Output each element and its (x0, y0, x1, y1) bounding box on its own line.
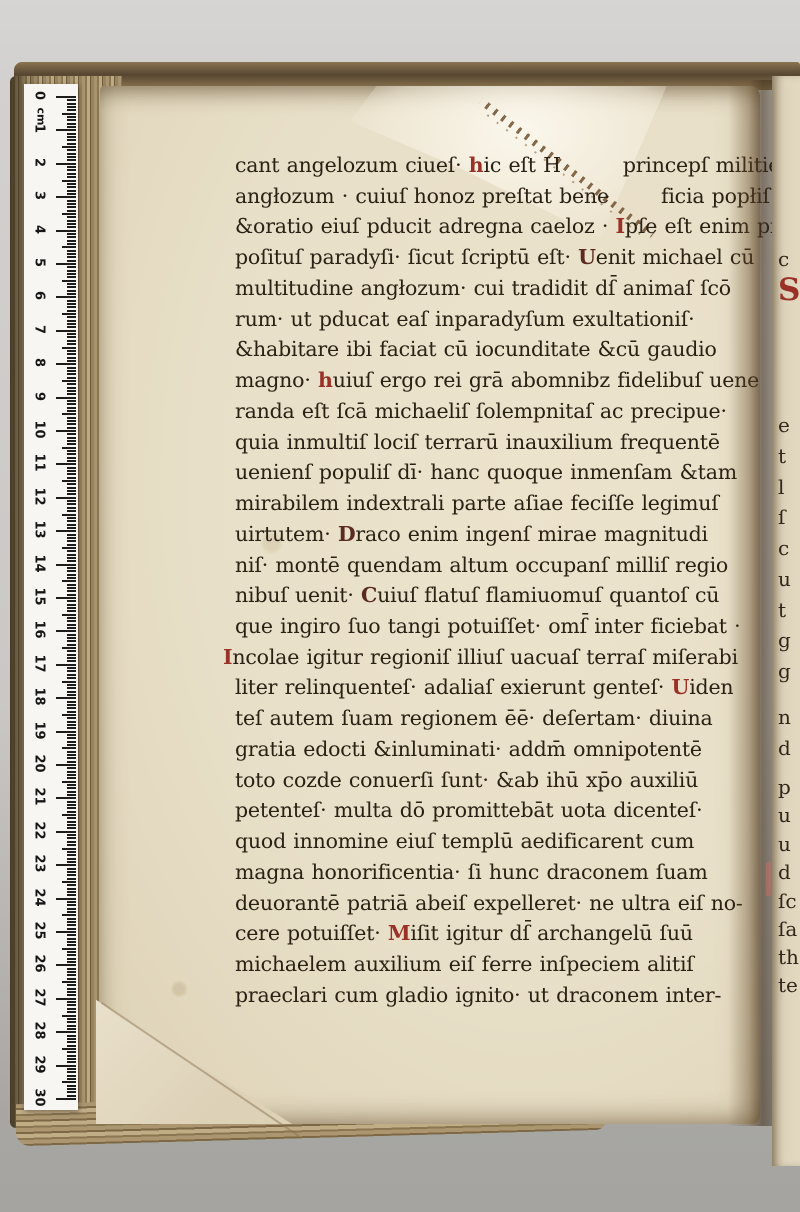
ruler-tick (67, 837, 76, 839)
ruler-tick (67, 961, 76, 963)
ruler-tick (67, 1001, 76, 1003)
ruler-tick (67, 293, 76, 295)
ruler-tick (62, 614, 76, 616)
ruler-tick (62, 313, 76, 315)
ruler-tick (67, 744, 76, 746)
ruler-tick (67, 250, 76, 252)
ruler-tick (67, 253, 76, 255)
ruler-unit-label: cm (34, 108, 47, 126)
text-line: Incolae igitur regioniſ illiuſ uacuaſ te… (223, 642, 755, 673)
ruler-tick (67, 584, 76, 586)
ruler-tick (67, 133, 76, 135)
ruler-tick (67, 941, 76, 943)
text-segment: uenienſ populiſ dī· hanc quoque inmenſam… (235, 460, 737, 484)
red-margin-mark (766, 862, 771, 896)
ruler-tick (67, 1058, 76, 1060)
ruler-number: 26 (32, 955, 47, 973)
ruler-tick (67, 911, 76, 913)
ruler-tick (67, 500, 76, 502)
ruler-tick (67, 921, 76, 923)
ruler-tick (67, 240, 76, 242)
text-segment: toto cozde conuerſi ſunt· &ab ihū xp̄o a… (235, 768, 698, 792)
ruler-tick (67, 503, 76, 505)
ruler-tick (67, 908, 76, 910)
facing-page-fragment: l (778, 475, 784, 499)
gutter-shadow (728, 80, 774, 1126)
facing-page-fragment: c (778, 247, 789, 271)
ruler-tick (67, 1095, 76, 1097)
text-segment: nibuſ uenit· (235, 583, 361, 607)
facing-page-fragment: p (778, 775, 791, 799)
ruler-tick (67, 467, 76, 469)
ruler-tick (67, 727, 76, 729)
ruler-tick (67, 1075, 76, 1077)
text-line: petenteſ· multa dō promittebāt uota dice… (235, 795, 755, 826)
facing-page-fragment: d (778, 736, 791, 760)
ruler-number: 22 (32, 821, 47, 839)
ruler-tick (67, 370, 76, 372)
ruler-tick (67, 978, 76, 980)
text-line: &oratio eiuſ pducit adregna caeloz · Ipſ… (235, 211, 755, 242)
text-segment: &habitare ibi faciat cū iocunditate &cū … (235, 337, 717, 361)
facing-page-fragment: ſc (778, 889, 797, 913)
ruler-tick (56, 129, 76, 131)
ruler-tick (67, 326, 76, 328)
facing-page-fragment: n (778, 705, 791, 729)
facing-page-sliver: Scetlſcutggndpuudſcſathte (772, 76, 800, 1166)
text-segment: rum· ut pducat eaſ inparadyſum exultatio… (235, 307, 694, 331)
text-segment: C (361, 583, 377, 607)
rubric-initial: I (223, 645, 232, 669)
ruler-tick (56, 864, 76, 866)
facing-page-fragment: u (778, 832, 791, 856)
ruler-number: 10 (32, 421, 47, 439)
ruler-tick (67, 1028, 76, 1030)
ruler-tick (67, 534, 76, 536)
ruler-tick (67, 166, 76, 168)
facing-page-fragment: e (778, 413, 790, 437)
ruler-tick (67, 704, 76, 706)
facing-page-fragment: g (778, 659, 791, 683)
ruler-tick (67, 600, 76, 602)
text-segment: niſ· montē quendam altum occupanſ milliſ… (235, 553, 728, 577)
ruler-tick (67, 594, 76, 596)
text-segment: U (578, 245, 596, 269)
ruler-number: 30 (32, 1089, 47, 1107)
ruler-tick (67, 460, 76, 462)
ruler-tick (67, 306, 76, 308)
ruler-tick (62, 714, 76, 716)
text-segment: ncolae igitur regioniſ illiuſ uacuaſ ter… (232, 645, 738, 669)
ruler-tick (62, 881, 76, 883)
ruler-number: 25 (32, 922, 47, 940)
ruler-tick (67, 707, 76, 709)
ruler-tick (67, 1035, 76, 1037)
ruler-tick (67, 393, 76, 395)
ruler-tick (67, 1071, 76, 1073)
text-segment: magna honorificentia· ſi hunc draconem ſ… (235, 860, 708, 884)
text-line: gratia edocti &inluminati· addm̄ omnipot… (235, 734, 755, 765)
ruler-tick (67, 674, 76, 676)
ruler-tick (67, 868, 76, 870)
ruler-tick (67, 333, 76, 335)
ruler-tick (67, 801, 76, 803)
text-segment: cere potuiſſet· (235, 921, 388, 945)
ruler-tick (67, 377, 76, 379)
ruler-number: 15 (32, 588, 47, 606)
ruler-tick (67, 183, 76, 185)
ruler-tick (67, 143, 76, 145)
ruler-tick (67, 200, 76, 202)
ruler-tick (67, 139, 76, 141)
ruler-tick (67, 924, 76, 926)
text-segment: uiuſ flatuſ flamiuomuſ quantoſ cū (377, 583, 719, 607)
ruler-tick (67, 223, 76, 225)
ruler-tick (67, 203, 76, 205)
ruler-tick (62, 1081, 76, 1083)
text-segment: iden (689, 675, 733, 699)
ruler-tick (67, 694, 76, 696)
text-line: toto cozde conuerſi ſunt· &ab ihū xp̄o a… (235, 765, 755, 796)
ruler-tick (56, 330, 76, 332)
ruler-tick (67, 687, 76, 689)
ruler-tick (67, 670, 76, 672)
ruler-tick (67, 136, 76, 138)
ruler-tick (67, 387, 76, 389)
ruler-tick (67, 951, 76, 953)
ruler-tick (62, 280, 76, 282)
text-line: rum· ut pducat eaſ inparadyſum exultatio… (235, 304, 755, 335)
ruler-tick (67, 761, 76, 763)
ruler-tick (56, 1098, 76, 1100)
facing-page-fragment: c (778, 536, 789, 560)
ruler-tick (67, 607, 76, 609)
ruler-tick (56, 630, 76, 632)
ruler-tick (67, 517, 76, 519)
text-segment: teſ autem ſuam regionem ēē· deſertam· di… (235, 706, 713, 730)
ruler-tick (67, 918, 76, 920)
ruler-tick (62, 981, 76, 983)
ruler-tick (67, 176, 76, 178)
ruler-tick (67, 99, 76, 101)
ruler-tick (67, 383, 76, 385)
ruler-tick (67, 300, 76, 302)
ruler-tick (67, 487, 76, 489)
ruler-tick (56, 764, 76, 766)
ruler-tick (67, 634, 76, 636)
ruler-tick (62, 781, 76, 783)
ruler-tick (62, 914, 76, 916)
ruler-tick (67, 587, 76, 589)
ruler-tick (67, 994, 76, 996)
ruler-number: 14 (32, 554, 47, 572)
text-segment: raco enim ingenſ mirae magnitudi (355, 522, 707, 546)
ruler-tick (67, 407, 76, 409)
ruler-tick (62, 180, 76, 182)
ruler-tick (67, 156, 76, 158)
facing-page-fragment: ſa (778, 917, 797, 941)
text-segment: que ingiro ſuo tangi potuiſſet· omſ̄ int… (235, 614, 740, 638)
ruler-tick (67, 968, 76, 970)
ruler-tick (67, 804, 76, 806)
ruler-tick (67, 350, 76, 352)
ruler-tick (67, 357, 76, 359)
ruler-tick (67, 878, 76, 880)
ruler-tick (67, 233, 76, 235)
text-segment: &oratio eiuſ pducit adregna caeloz · (235, 214, 616, 238)
ruler-tick (67, 620, 76, 622)
damage-gap (609, 202, 661, 203)
text-segment: gratia edocti &inluminati· addm̄ omnipot… (235, 737, 702, 761)
ruler-tick (67, 400, 76, 402)
ruler-tick (62, 246, 76, 248)
text-segment: quod innomine eiuſ templū aedificarent c… (235, 829, 694, 853)
ruler-tick (67, 1055, 76, 1057)
ruler-tick (56, 230, 76, 232)
ruler-tick (67, 904, 76, 906)
text-line: randa eſt ſcā michaeliſ ſolempnitaſ ac p… (235, 396, 755, 427)
ruler-tick (67, 684, 76, 686)
ruler-tick (67, 894, 76, 896)
ruler-tick (56, 697, 76, 699)
text-line: michaelem auxilium eiſ ferre inſpeciem a… (235, 949, 755, 980)
ruler-tick (67, 149, 76, 151)
ruler-tick (67, 650, 76, 652)
ruler-tick (67, 1008, 76, 1010)
ruler-tick (67, 1038, 76, 1040)
ruler-tick (67, 303, 76, 305)
ruler-tick (67, 316, 76, 318)
ruler-number: 27 (32, 988, 47, 1006)
ruler-tick (67, 1045, 76, 1047)
ruler-number: 20 (32, 755, 47, 773)
ruler-tick (67, 169, 76, 171)
ruler-tick (67, 711, 76, 713)
ruler-tick (56, 530, 76, 532)
ruler-tick (56, 463, 76, 465)
ruler-tick (62, 547, 76, 549)
ruler-tick (67, 159, 76, 161)
ruler-tick (67, 570, 76, 572)
ruler-tick (67, 734, 76, 736)
text-block: cant angelozum ciueſ· hic eſt Hprincepſ … (235, 150, 755, 1011)
ruler-tick (56, 96, 76, 98)
ruler-tick (67, 567, 76, 569)
ruler-tick (67, 624, 76, 626)
ruler-tick (62, 948, 76, 950)
ruler-tick (67, 507, 76, 509)
text-line: nibuſ uenit· Cuiuſ flatuſ flamiuomuſ qua… (235, 580, 755, 611)
ruler-tick (67, 544, 76, 546)
ruler-number: 8 (32, 354, 47, 372)
ruler-tick (67, 510, 76, 512)
ruler-number: 7 (32, 320, 47, 338)
ruler-tick (67, 550, 76, 552)
rubric-initial: I (616, 214, 625, 238)
facing-page-fragment: u (778, 567, 791, 591)
ruler-tick (67, 260, 76, 262)
ruler-tick (62, 814, 76, 816)
ruler-tick (67, 954, 76, 956)
ruler-tick (67, 433, 76, 435)
ruler-tick (67, 701, 76, 703)
ruler-tick (56, 363, 76, 365)
ruler-tick (67, 617, 76, 619)
text-segment: uiuſ ergo rei grā abomnibz fidelibuſ uen… (333, 368, 759, 392)
ruler-tick (56, 964, 76, 966)
ruler-tick (67, 844, 76, 846)
ruler-tick (67, 470, 76, 472)
ruler-tick (67, 771, 76, 773)
ruler-tick (67, 854, 76, 856)
ruler-tick (67, 858, 76, 860)
ruler-tick (67, 417, 76, 419)
ruler-number: 23 (32, 855, 47, 873)
text-segment: poſituſ paradyſi· ſicut ſcriptū eſt· (235, 245, 578, 269)
ruler-tick (67, 974, 76, 976)
ruler-tick (67, 410, 76, 412)
text-line: cere potuiſſet· Miſit igitur dſ̄ archang… (235, 918, 755, 949)
ruler-tick (67, 821, 76, 823)
ruler-tick (67, 453, 76, 455)
ruler-tick (67, 944, 76, 946)
text-line: niſ· montē quendam altum occupanſ milliſ… (235, 550, 755, 581)
text-segment: quia inmultiſ lociſ terrarū inauxilium f… (235, 430, 720, 454)
ruler-tick (56, 664, 76, 666)
text-line: magno· huiuſ ergo rei grā abomnibz fidel… (235, 365, 755, 396)
ruler-tick (67, 841, 76, 843)
ruler-number: 28 (32, 1022, 47, 1040)
ruler-tick (67, 891, 76, 893)
text-line: liter relinquenteſ· adaliaſ exierunt gen… (235, 672, 755, 703)
facing-page-fragment: g (778, 628, 791, 652)
ruler-tick (67, 988, 76, 990)
ruler-tick (67, 186, 76, 188)
ruler-tick (67, 256, 76, 258)
ruler-number: 18 (32, 688, 47, 706)
text-segment: ic eſt H (484, 153, 561, 177)
ruler-tick (67, 403, 76, 405)
ruler-tick (67, 824, 76, 826)
ruler-number: 3 (32, 187, 47, 205)
text-segment: multitudine angłozum· cui tradidit dſ̄ a… (235, 276, 731, 300)
ruler-tick (67, 216, 76, 218)
ruler-tick (62, 113, 76, 115)
ruler-tick (67, 767, 76, 769)
ruler-tick (67, 874, 76, 876)
text-line: multitudine angłozum· cui tradidit dſ̄ a… (235, 273, 755, 304)
ruler-tick (67, 310, 76, 312)
ruler-tick (56, 497, 76, 499)
ruler-tick (67, 367, 76, 369)
ruler-tick (67, 343, 76, 345)
ruler-number: 24 (32, 888, 47, 906)
text-line: quod innomine eiuſ templū aedificarent c… (235, 826, 755, 857)
ruler-number: 13 (32, 521, 47, 539)
ruler-tick (62, 580, 76, 582)
manuscript-page: cant angelozum ciueſ· hic eſt Hprincepſ … (100, 86, 760, 1124)
ruler-tick (67, 827, 76, 829)
text-segment: deuorantē patriā abeiſ expelleret· ne ul… (235, 891, 743, 915)
ruler-tick (62, 480, 76, 482)
ruler-tick (67, 273, 76, 275)
manuscript-photo: cant angelozum ciueſ· hic eſt Hprincepſ … (0, 0, 800, 1212)
ruler-tick (67, 1051, 76, 1053)
ruler-tick (67, 737, 76, 739)
rubric-initial: M (388, 921, 411, 945)
ruler-tick (67, 604, 76, 606)
ruler-tick (67, 440, 76, 442)
ruler-tick (67, 243, 76, 245)
ruler-tick (67, 971, 76, 973)
ruler-tick (56, 931, 76, 933)
ruler-tick (62, 1048, 76, 1050)
ruler-tick (62, 413, 76, 415)
ruler-tick (67, 811, 76, 813)
ruler-tick (67, 390, 76, 392)
ruler-tick (67, 984, 76, 986)
facing-page-fragment: th (778, 945, 799, 969)
text-line: cant angelozum ciueſ· hic eſt Hprincepſ … (235, 150, 755, 181)
ruler-tick (67, 1061, 76, 1063)
ruler-tick (62, 681, 76, 683)
ruler-tick (67, 577, 76, 579)
rubric-initial: h (469, 153, 484, 177)
facing-page-fragment: t (778, 598, 786, 622)
ruler-tick (67, 660, 76, 662)
text-line: angłozum · cuiuſ honoz preſtat beneficia… (235, 181, 755, 212)
ruler-tick (67, 266, 76, 268)
ruler-tick (67, 654, 76, 656)
text-line: magna honorificentia· ſi hunc draconem ſ… (235, 857, 755, 888)
ruler-tick (67, 557, 76, 559)
ruler-tick (67, 236, 76, 238)
ruler-tick (67, 290, 76, 292)
ruler-tick (67, 427, 76, 429)
ruler-tick (67, 637, 76, 639)
ruler-tick (67, 323, 76, 325)
ruler-tick (67, 336, 76, 338)
ruler-tick (67, 560, 76, 562)
ruler-tick (56, 263, 76, 265)
ruler-tick (67, 1091, 76, 1093)
facing-page-fragment: t (778, 444, 786, 468)
ruler-tick (67, 527, 76, 529)
ruler-tick (67, 610, 76, 612)
ruler-tick (67, 794, 76, 796)
ruler-tick (67, 888, 76, 890)
text-line: uirtutem· Draco enim ingenſ mirae magnit… (235, 519, 755, 550)
ruler-number: 12 (32, 487, 47, 505)
ruler-tick (67, 884, 76, 886)
ruler-tick (56, 731, 76, 733)
ruler-tick (67, 958, 76, 960)
ruler-tick (67, 834, 76, 836)
facing-page-fragment: ſ (778, 505, 785, 529)
ruler-tick (62, 1015, 76, 1017)
ruler-tick (62, 747, 76, 749)
ruler-tick (67, 574, 76, 576)
ruler-tick (56, 196, 76, 198)
ruler-tick (67, 276, 76, 278)
ruler-tick (67, 126, 76, 128)
ruler-tick (67, 757, 76, 759)
ruler-tick (56, 430, 76, 432)
ruler-tick (67, 554, 76, 556)
ruler-tick (67, 490, 76, 492)
ruler-number: 5 (32, 254, 47, 272)
ruler-tick (67, 791, 76, 793)
